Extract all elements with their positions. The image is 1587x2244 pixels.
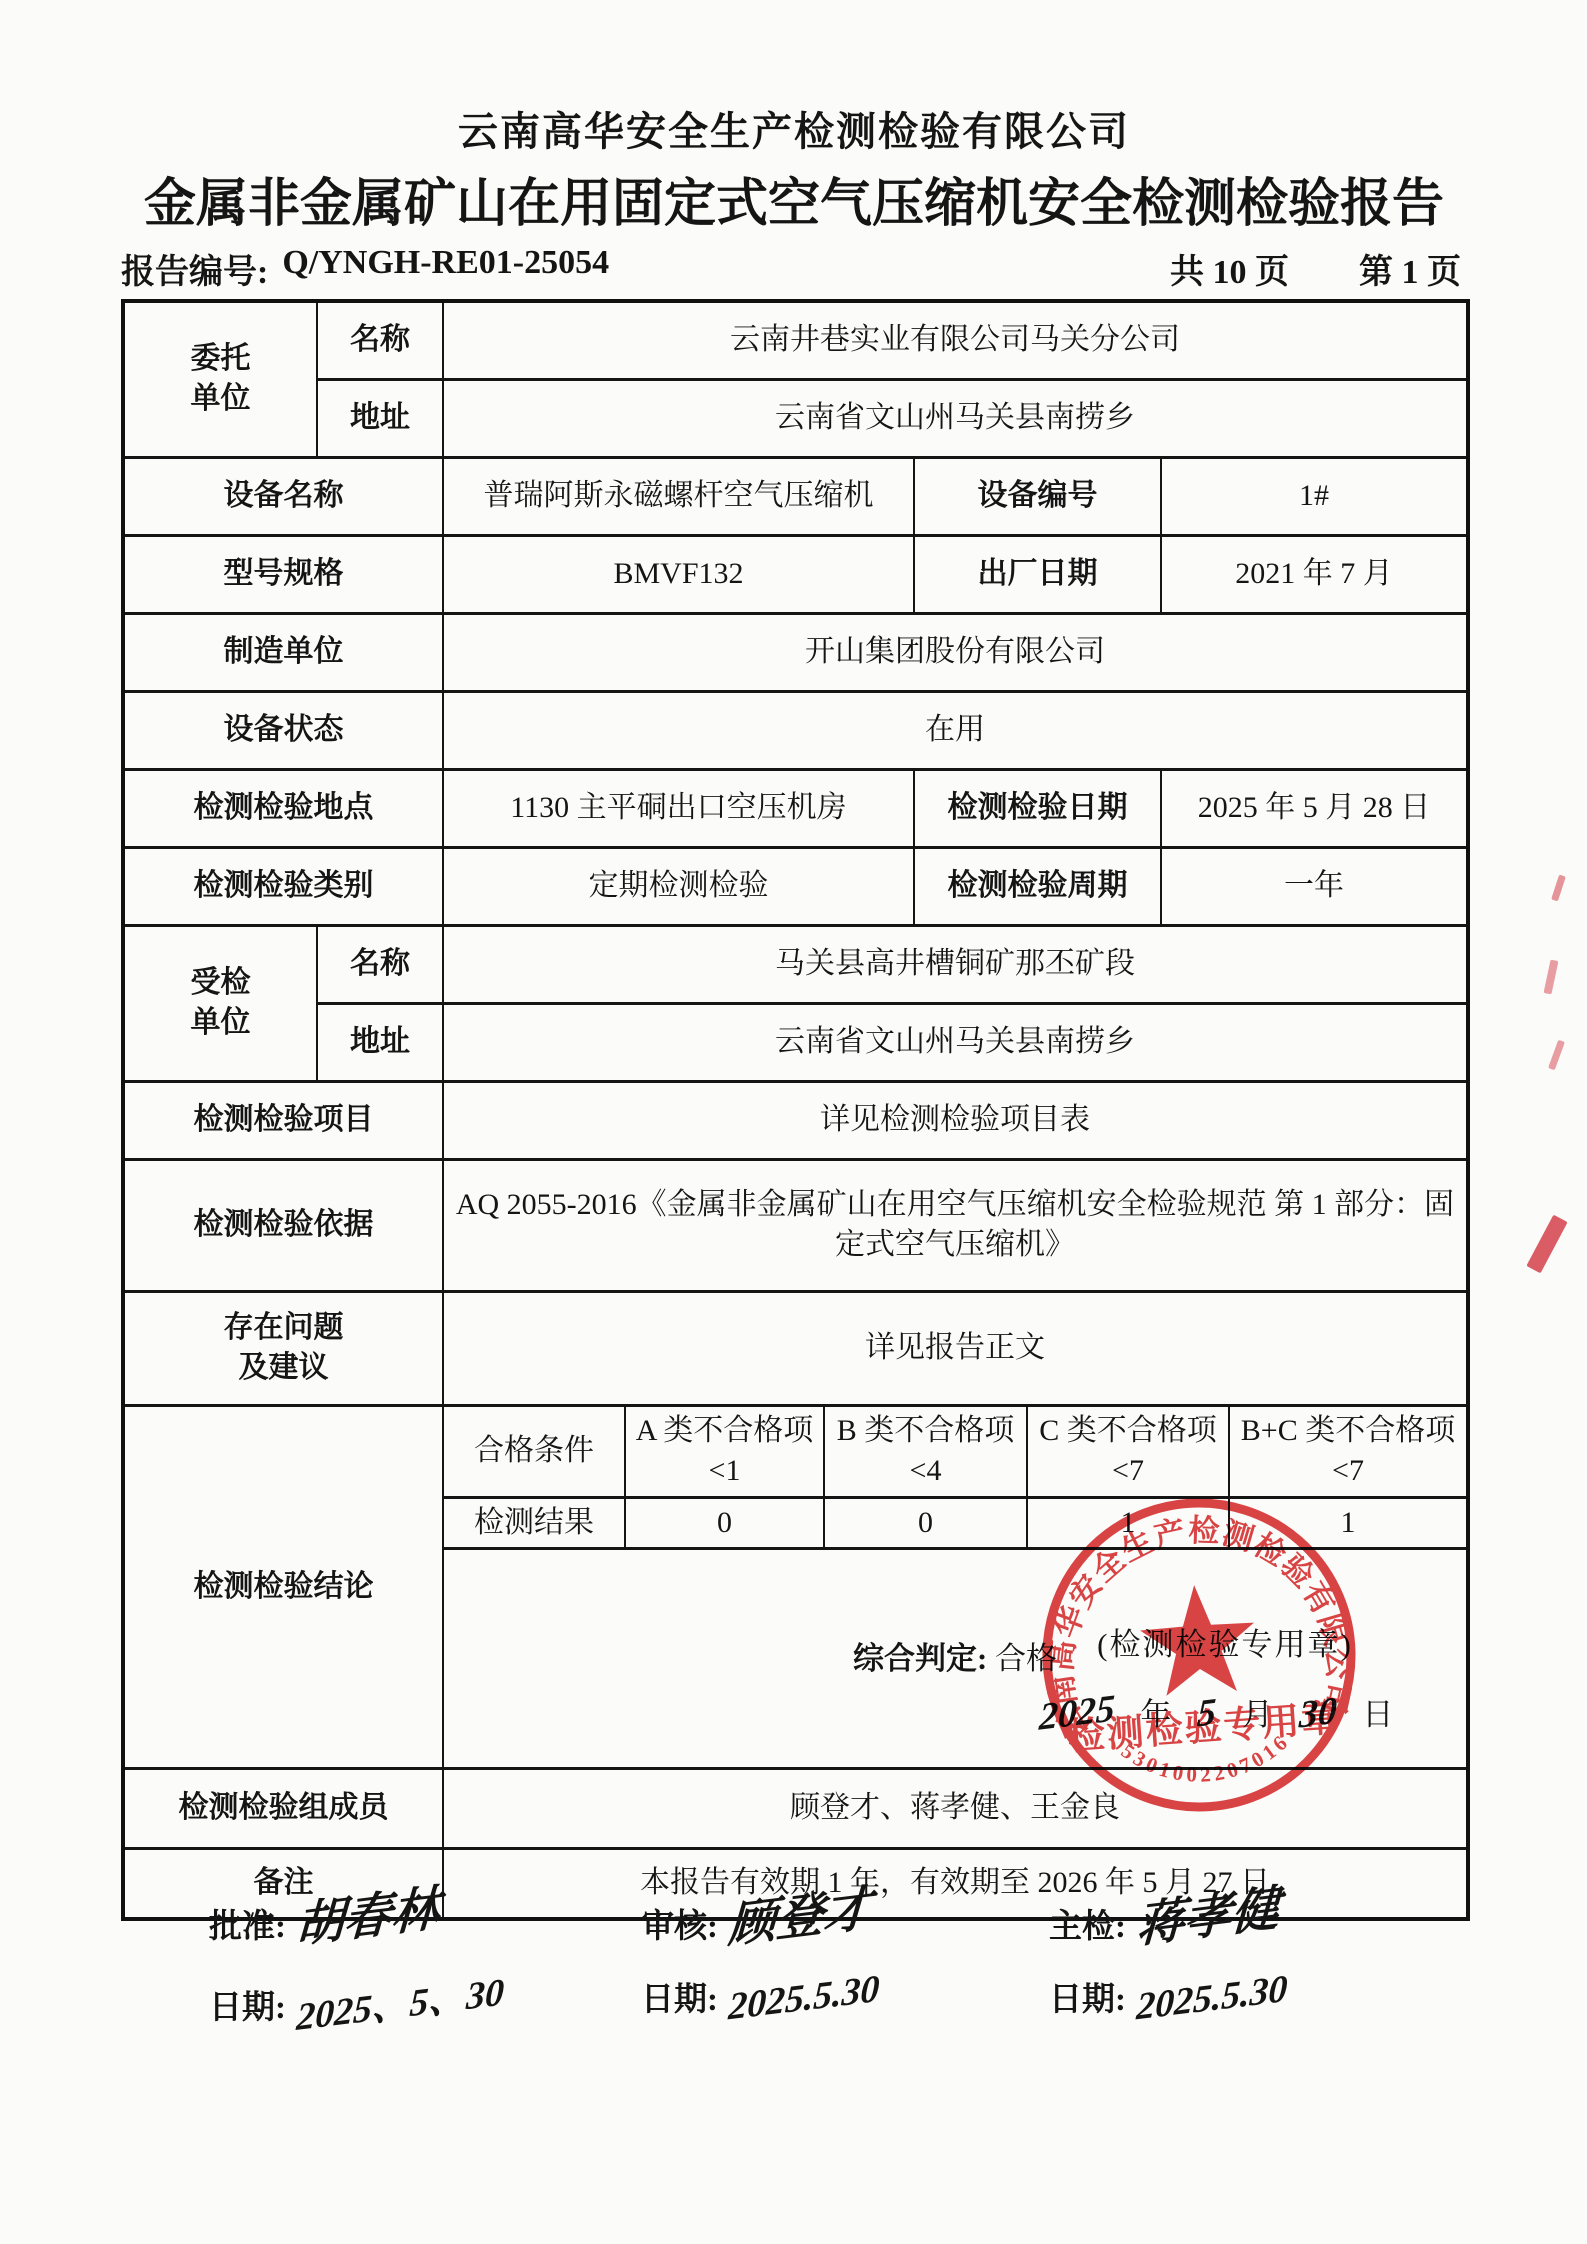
client-name-label: 名称 xyxy=(317,301,443,379)
mfg-date-label: 出厂日期 xyxy=(914,535,1161,613)
result-label: 检测结果 xyxy=(443,1497,625,1549)
inspect-type-value: 定期检测检验 xyxy=(443,847,914,925)
model-label: 型号规格 xyxy=(123,535,443,613)
verdict-cell: 综合判定: 合格 (检测检验专用章) 2025 年 5 月 30 日 xyxy=(443,1549,1468,1769)
client-addr-label: 地址 xyxy=(317,379,443,457)
approve-date-handwritten: 2025、5、30 xyxy=(295,1960,505,2041)
seal-day-label: 日 xyxy=(1362,1694,1393,1736)
seal-month-handwritten: 5 xyxy=(1196,1686,1218,1740)
device-name-label: 设备名称 xyxy=(123,457,443,535)
client-group-label: 委托 单位 xyxy=(123,301,317,457)
result-bc: 1 xyxy=(1229,1497,1468,1549)
seal-note: (检测检验专用章) 2025 年 5 月 30 日 xyxy=(990,1624,1460,1739)
signature-footer: 批准: 胡春林 日期: 2025、5、30 审核: 顾登才 日期: 2025.5… xyxy=(121,1878,1467,2028)
approve-label: 批准: xyxy=(209,1900,286,1947)
verdict-label: 综合判定: xyxy=(853,1641,987,1676)
inspect-cycle-value: 一年 xyxy=(1161,847,1468,925)
seal-date-line: 2025 年 5 月 30 日 xyxy=(990,1688,1460,1739)
client-addr-value: 云南省文山州马关县南捞乡 xyxy=(443,379,1468,457)
device-no-label: 设备编号 xyxy=(914,457,1161,535)
inspect-date-value: 2025 年 5 月 28 日 xyxy=(1161,769,1468,847)
conclusion-label: 检测检验结论 xyxy=(123,1405,443,1769)
inspected-group-label: 受检 单位 xyxy=(123,925,317,1081)
client-name-value: 云南井巷实业有限公司马关分公司 xyxy=(443,301,1468,379)
red-mark-icon xyxy=(1551,875,1566,902)
red-mark-icon xyxy=(1526,1215,1567,1274)
inspect-type-label: 检测检验类别 xyxy=(123,847,443,925)
inspected-addr-label: 地址 xyxy=(317,1003,443,1081)
items-label: 检测检验项目 xyxy=(123,1081,443,1159)
location-value: 1130 主平硐出口空压机房 xyxy=(443,769,914,847)
pages-total: 共 10 页 xyxy=(1170,244,1289,293)
model-value: BMVF132 xyxy=(443,535,914,613)
company-title: 云南高华安全生产检测检验有限公司 xyxy=(121,100,1467,157)
problems-label: 存在问题 及建议 xyxy=(123,1291,443,1405)
device-name-value: 普瑞阿斯永磁螺杆空气压缩机 xyxy=(443,457,914,535)
result-b: 0 xyxy=(824,1497,1027,1549)
approve-signature: 胡春林 xyxy=(295,1869,442,1957)
report-meta-row: 报告编号: Q/YNGH-RE01-25054 共 10 页 第 1 页 xyxy=(121,244,1467,293)
edge-red-marks xyxy=(1517,0,1587,2244)
report-title: 金属非金属矿山在用固定式空气压缩机安全检测检验报告 xyxy=(121,161,1467,236)
inspected-name-label: 名称 xyxy=(317,925,443,1003)
basis-value: AQ 2055-2016《金属非金属矿山在用空气压缩机安全检验规范 第 1 部分… xyxy=(443,1159,1468,1291)
team-label: 检测检验组成员 xyxy=(123,1769,443,1849)
pass-condition-label: 合格条件 xyxy=(443,1405,625,1497)
location-label: 检测检验地点 xyxy=(123,769,443,847)
approve-date-label: 日期: xyxy=(209,1981,286,2028)
status-label: 设备状态 xyxy=(123,691,443,769)
chief-date-label: 日期: xyxy=(1049,1973,1126,2020)
seal-day-handwritten: 30 xyxy=(1297,1685,1337,1742)
review-date-handwritten: 2025.5.30 xyxy=(727,1966,880,2029)
condition-b: B 类不合格项<4 xyxy=(824,1405,1027,1497)
problems-value: 详见报告正文 xyxy=(443,1291,1468,1405)
report-page: 云南高华安全生产检测检验有限公司 金属非金属矿山在用固定式空气压缩机安全检测检验… xyxy=(121,100,1467,1921)
condition-c: C 类不合格项<7 xyxy=(1027,1405,1229,1497)
report-table: 委托 单位 名称 云南井巷实业有限公司马关分公司 地址 云南省文山州马关县南捞乡… xyxy=(121,299,1470,1921)
seal-year-handwritten: 2025 xyxy=(1038,1683,1116,1744)
page-current: 第 1 页 xyxy=(1359,244,1461,293)
condition-a: A 类不合格项<1 xyxy=(625,1405,824,1497)
device-no-value: 1# xyxy=(1161,457,1468,535)
seal-month-label: 月 xyxy=(1242,1694,1273,1736)
basis-label: 检测检验依据 xyxy=(123,1159,443,1291)
inspect-date-label: 检测检验日期 xyxy=(914,769,1161,847)
status-value: 在用 xyxy=(443,691,1468,769)
manufacturer-value: 开山集团股份有限公司 xyxy=(443,613,1468,691)
review-date-label: 日期: xyxy=(641,1973,718,2020)
team-value: 顾登才、蒋孝健、王金良 xyxy=(443,1769,1468,1849)
inspected-addr-value: 云南省文山州马关县南捞乡 xyxy=(443,1003,1468,1081)
review-label: 审核: xyxy=(641,1900,718,1947)
manufacturer-label: 制造单位 xyxy=(123,613,443,691)
red-mark-icon xyxy=(1548,1040,1565,1071)
chief-date-handwritten: 2025.5.30 xyxy=(1135,1966,1288,2029)
items-value: 详见检测检验项目表 xyxy=(443,1081,1468,1159)
red-mark-icon xyxy=(1544,960,1559,995)
chief-label: 主检: xyxy=(1049,1900,1126,1947)
seal-note-printed: (检测检验专用章) xyxy=(990,1624,1460,1666)
result-c: 1 xyxy=(1027,1497,1229,1549)
mfg-date-value: 2021 年 7 月 xyxy=(1161,535,1468,613)
seal-year-label: 年 xyxy=(1140,1694,1171,1736)
inspected-name-value: 马关县高井槽铜矿那丕矿段 xyxy=(443,925,1468,1003)
review-signature: 顾登才 xyxy=(727,1869,874,1957)
chief-signature: 蒋孝健 xyxy=(1135,1869,1282,1957)
condition-bc: B+C 类不合格项<7 xyxy=(1229,1405,1468,1497)
result-a: 0 xyxy=(625,1497,824,1549)
report-no-value: Q/YNGH-RE01-25054 xyxy=(282,244,609,293)
inspect-cycle-label: 检测检验周期 xyxy=(914,847,1161,925)
report-no-label: 报告编号: xyxy=(121,244,268,293)
